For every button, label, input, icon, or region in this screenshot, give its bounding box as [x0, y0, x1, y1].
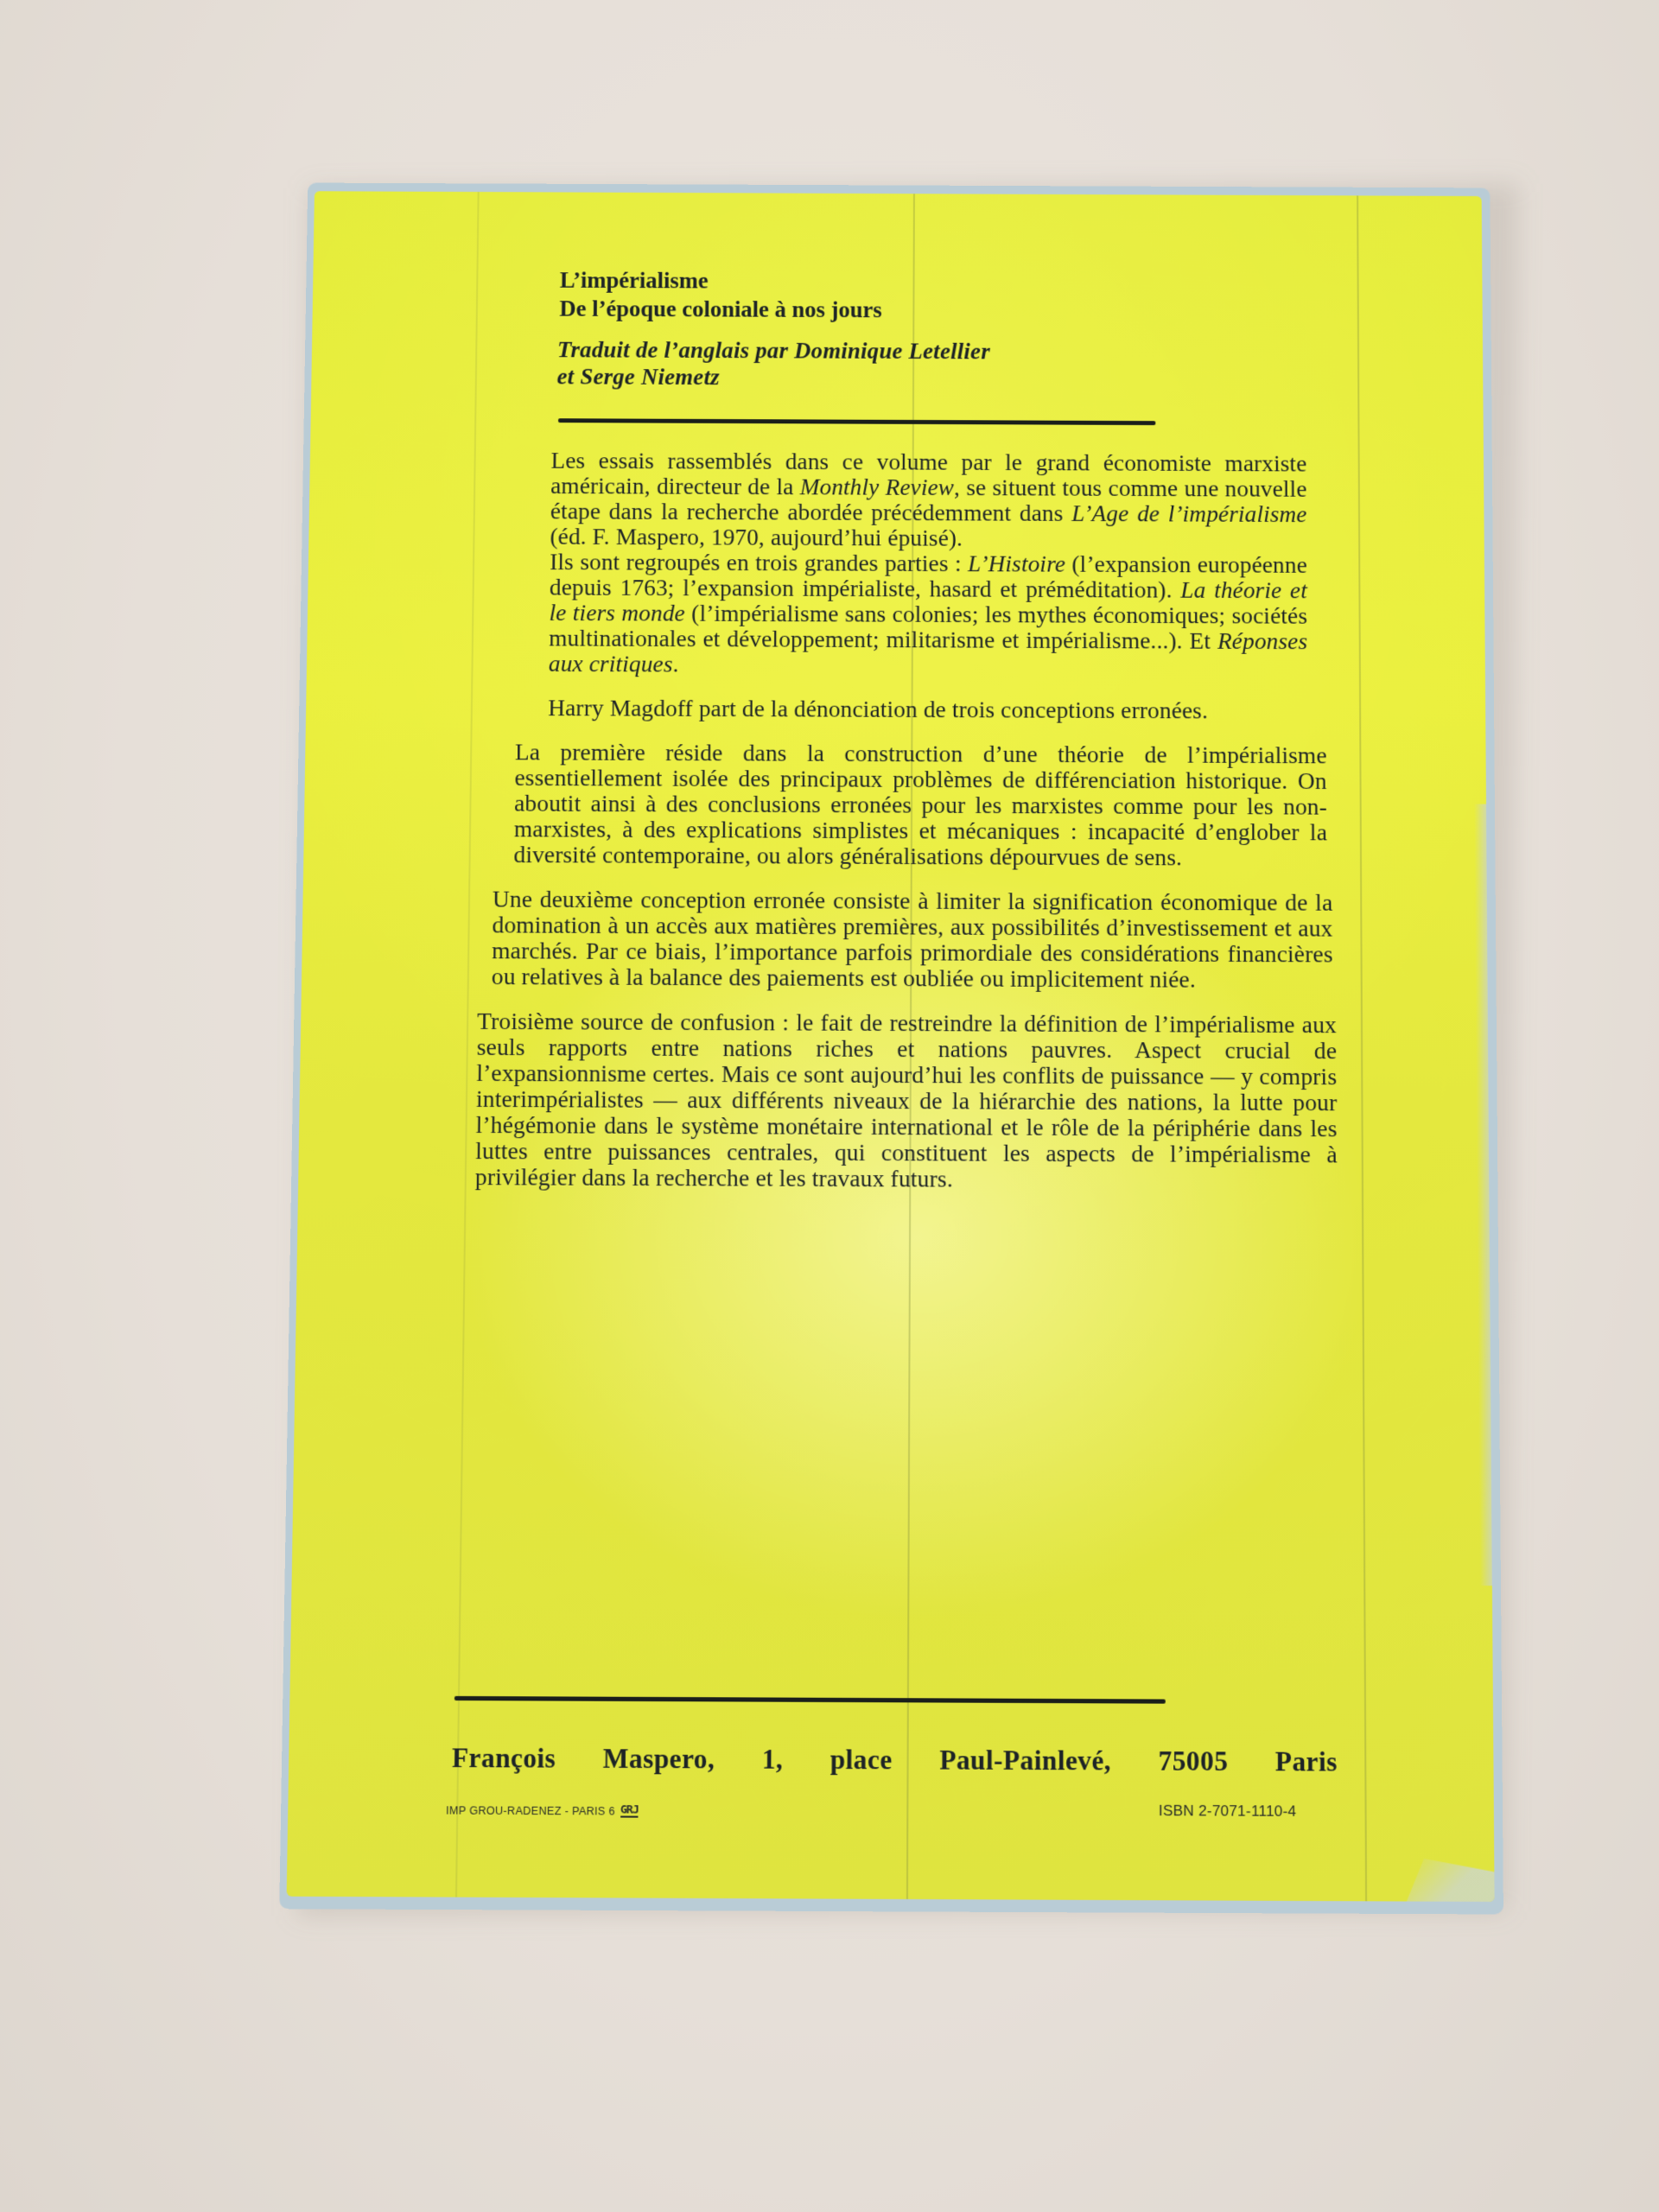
- translator-line: et Serge Niemetz: [556, 363, 989, 391]
- printer-logo-icon: GRJ: [620, 1805, 639, 1818]
- divider-rule: [454, 1696, 1166, 1704]
- blurb-paragraph: Les essais rassemblés dans ce volume par…: [550, 448, 1306, 552]
- printer-name: IMP GROU-RADENEZ - PARIS 6: [446, 1804, 615, 1817]
- italic-title: L’Histoire: [968, 550, 1065, 577]
- text-segment: Une deuxième conception erronée consiste…: [492, 886, 1333, 993]
- cover-content: L’impérialisme De l’époque coloniale à n…: [287, 191, 1495, 1902]
- blurb-paragraph: Une deuxième conception erronée consiste…: [492, 887, 1333, 994]
- publisher-address: FrançoisMaspero,1,placePaul-Painlevé,750…: [452, 1742, 1338, 1778]
- address-word: place: [830, 1744, 893, 1776]
- subtitle-line: De l’époque coloniale à nos jours: [559, 294, 881, 324]
- address-word: François: [452, 1742, 556, 1775]
- back-cover: L’impérialisme De l’époque coloniale à n…: [287, 191, 1495, 1902]
- text-segment: La première réside dans la construction …: [513, 739, 1327, 871]
- address-word: Paris: [1275, 1745, 1338, 1777]
- address-word: Paul-Painlevé,: [939, 1745, 1111, 1777]
- book-title: L’impérialisme De l’époque coloniale à n…: [559, 266, 882, 324]
- text-segment: Harry Magdoff part de la dénonciation de…: [548, 694, 1208, 723]
- translator-credit: Traduit de l’anglais par Dominique Letel…: [556, 336, 990, 391]
- isbn: ISBN 2-7071-1110-4: [1159, 1802, 1297, 1821]
- translator-line: Traduit de l’anglais par Dominique Letel…: [557, 336, 990, 365]
- text-segment: Ils sont regroupés en trois grandes part…: [550, 549, 968, 576]
- address-word: 75005: [1159, 1745, 1229, 1777]
- blurb-paragraph: La première réside dans la construction …: [513, 740, 1327, 871]
- blurb-paragraph: Ils sont regroupés en trois grandes part…: [549, 550, 1308, 680]
- book: L’impérialisme De l’époque coloniale à n…: [279, 183, 1503, 1915]
- blurb-paragraph: Harry Magdoff part de la dénonciation de…: [548, 695, 1307, 723]
- text-segment: .: [672, 651, 678, 677]
- address-word: Maspero,: [603, 1743, 715, 1776]
- italic-title: L’Age de l’impérialisme: [1071, 499, 1307, 526]
- printer-credit: IMP GROU-RADENEZ - PARIS 6 GRJ: [446, 1804, 639, 1817]
- divider-rule: [558, 418, 1155, 425]
- address-word: 1,: [762, 1744, 784, 1776]
- blurb-paragraph: Troisième source de confusion : le fait …: [475, 1008, 1338, 1194]
- italic-title: Monthly Review: [800, 474, 955, 500]
- text-segment: Troisième source de confusion : le fait …: [475, 1007, 1338, 1192]
- title-line: L’impérialisme: [560, 266, 882, 296]
- text-segment: (éd. F. Maspero, 1970, aujourd’hui épuis…: [550, 523, 963, 550]
- blurb-text: Les essais rassemblés dans ce volume par…: [543, 448, 1310, 1212]
